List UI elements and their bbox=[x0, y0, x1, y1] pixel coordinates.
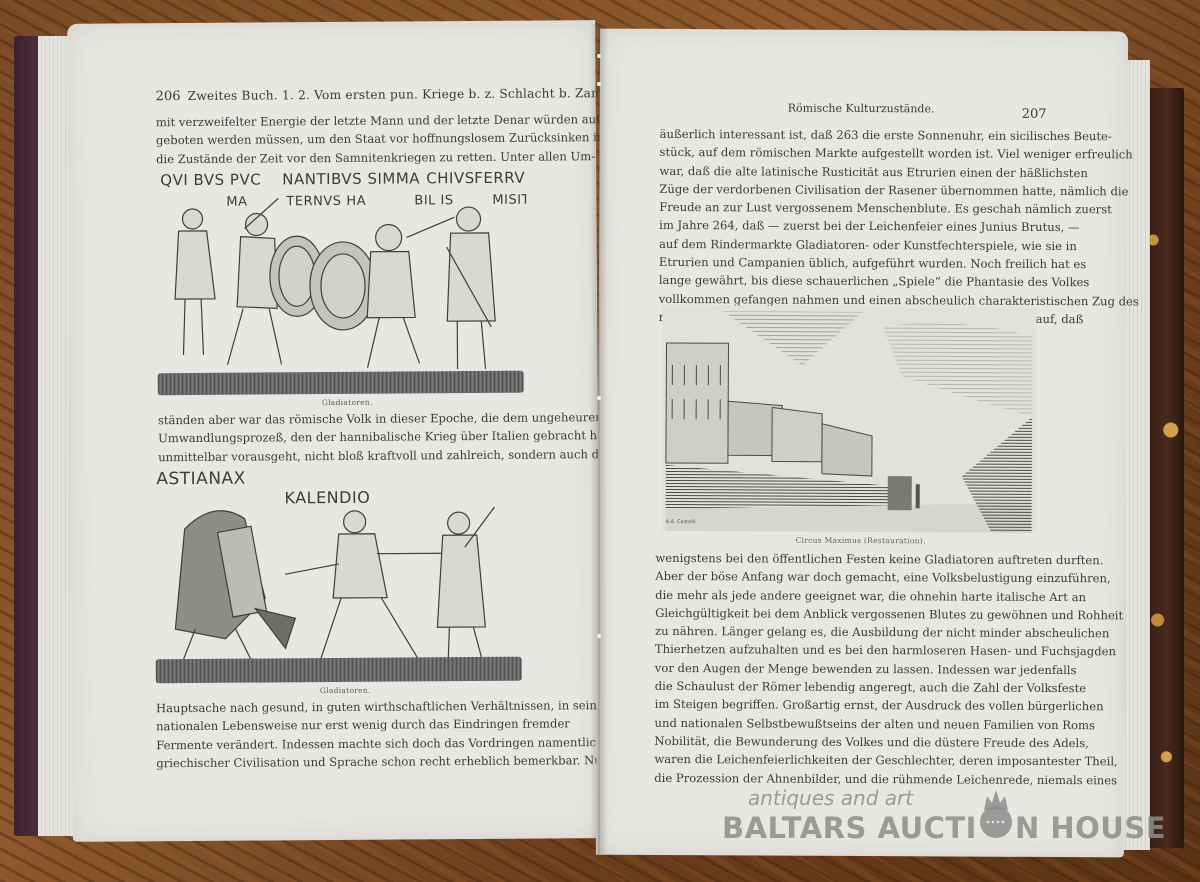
circus-maximus-engraving: A.A. Castelli bbox=[662, 305, 1037, 533]
text-line: Thierhetzen aufzuhalten und es bei den h… bbox=[655, 640, 1069, 660]
binding-stitch bbox=[597, 634, 601, 638]
text-line: Etrurien und Campanien üblich, aufgeführ… bbox=[659, 253, 1071, 273]
book-gutter bbox=[590, 24, 608, 854]
illustration-1-caption: Gladiatoren. bbox=[322, 398, 373, 407]
circus-maximus-drawing bbox=[662, 305, 1037, 533]
right-paragraph-2: wenigstens bei den öffentlichen Festen k… bbox=[654, 549, 1069, 789]
text-line: war, daß die alte latinische Rusticität … bbox=[659, 162, 1071, 182]
ground-strip bbox=[156, 657, 522, 684]
text-line: die Schaulust der Römer lebendig angereg… bbox=[655, 677, 1069, 697]
watermark-brand-end: N HOUSE bbox=[1015, 811, 1166, 845]
right-page: Römische Kulturzustände. 207 äußerlich i… bbox=[596, 29, 1128, 858]
watermark-brand-start: BALTARS AUCTI bbox=[722, 811, 977, 845]
text-line: und nationalen Selbstbewußtseins der alt… bbox=[654, 714, 1068, 734]
text-line: wenigstens bei den öffentlichen Festen k… bbox=[655, 549, 1069, 569]
text-line: die Zustände der Zeit vor den Samnitenkr… bbox=[156, 147, 538, 168]
gladiators-engraving-1 bbox=[156, 167, 528, 398]
left-page-number: 206 bbox=[156, 89, 181, 104]
left-running-head: Zweites Buch. 1. 2. Vom ersten pun. Krie… bbox=[188, 86, 615, 103]
left-page: 206 Zweites Buch. 1. 2. Vom ersten pun. … bbox=[67, 20, 601, 842]
gladiators-illustration-1: QVI BVS PVC NANTIBVS SIMMA CHIVS FERRVM … bbox=[156, 167, 528, 398]
illustration-2-caption: Gladiatoren. bbox=[320, 686, 371, 695]
text-line: Nobilität, die Bewunderung des Volkes un… bbox=[654, 732, 1068, 752]
left-paragraph-3: Hauptsache nach gesund, in guten wirthsc… bbox=[156, 697, 543, 773]
text-line: geboten werden müssen, um den Staat vor … bbox=[156, 129, 538, 150]
right-page-number: 207 bbox=[1022, 107, 1047, 122]
watermark-tagline: antiques and art bbox=[748, 786, 913, 810]
text-line: vor den Augen der Menge bewenden zu lass… bbox=[655, 659, 1069, 679]
crown-icon bbox=[977, 810, 1015, 844]
gladiators-engraving-2 bbox=[154, 467, 527, 686]
text-line: unmittelbar vorausgeht, nicht bloß kraft… bbox=[158, 445, 540, 466]
text-line: im Jahre 264, daß — zuerst bei der Leich… bbox=[659, 216, 1071, 236]
watermark-brand: BALTARS AUCTI N HOUSE bbox=[722, 810, 1166, 845]
text-line: Freude an zur Lust vergossenem Menschenb… bbox=[659, 198, 1071, 218]
gladiators-illustration-2: ASTIANAX KALENDIO bbox=[154, 467, 527, 686]
binding-stitch bbox=[597, 82, 601, 86]
text-line: die mehr als jede andere geeignet war, d… bbox=[655, 586, 1069, 606]
text-line: griechischer Civilisation und Sprache sc… bbox=[156, 751, 542, 772]
text-line: äußerlich interessant ist, daß 263 die e… bbox=[660, 125, 1072, 145]
text-line: Züge der verdorbenen Civilisation der Ra… bbox=[659, 180, 1071, 200]
text-line: Aber der böse Anfang war doch gemacht, e… bbox=[655, 567, 1069, 587]
binding-stitch bbox=[597, 396, 601, 400]
right-running-head: Römische Kulturzustände. bbox=[788, 102, 935, 116]
text-line: nationalen Lebensweise nur erst wenig du… bbox=[156, 715, 542, 736]
text-line: zu nähren. Länger gelang es, die Ausbild… bbox=[655, 622, 1069, 642]
text-line: im Steigen begriffen. Großartig ernst, d… bbox=[655, 695, 1069, 715]
right-paragraph-1: äußerlich interessant ist, daß 263 die e… bbox=[659, 125, 1072, 328]
ground-strip bbox=[158, 371, 524, 396]
circus-maximus-caption: Circus Maximus (Restauration). bbox=[795, 536, 925, 546]
text-line: Gleichgültigkeit bei dem Anblick vergoss… bbox=[655, 604, 1069, 624]
left-paragraph-2: ständen aber war das römische Volk in di… bbox=[158, 409, 540, 467]
binding-stitch bbox=[597, 54, 601, 58]
text-line: auf dem Rindermarkte Gladiatoren- oder K… bbox=[659, 235, 1071, 255]
text-line: stück, auf dem römischen Markte aufgeste… bbox=[659, 143, 1071, 163]
left-paragraph-1: mit verzweifelter Energie der letzte Man… bbox=[156, 111, 538, 169]
text-line: Umwandlungsprozeß, den der hannibalische… bbox=[158, 427, 540, 448]
text-line: lange gewährt, bis diese schauerlichen „… bbox=[659, 271, 1071, 291]
engraver-signature: A.A. Castelli bbox=[666, 519, 696, 525]
text-line: waren die Leichenfeierlichkeiten der Ges… bbox=[654, 750, 1068, 770]
